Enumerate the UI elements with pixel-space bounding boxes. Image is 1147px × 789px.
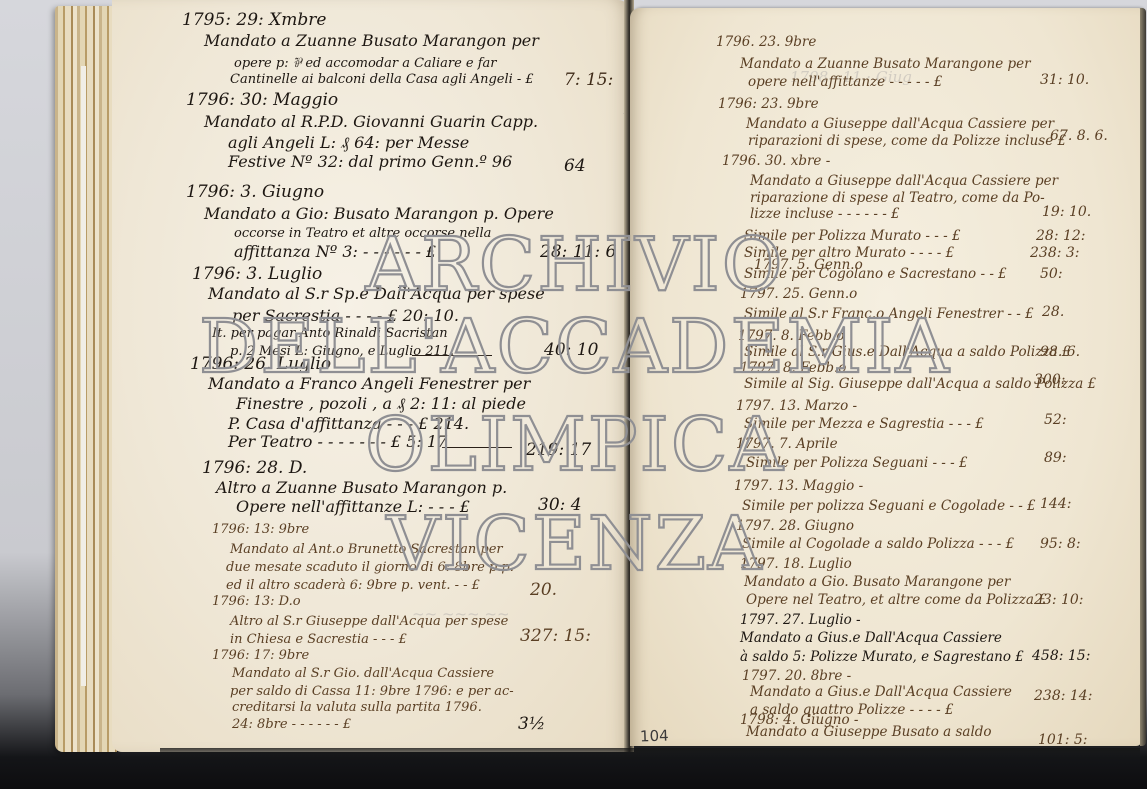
entry-amount: 101: 5: xyxy=(1038,732,1088,748)
entry-amount: 50: xyxy=(1040,266,1063,282)
entry-line: Mandato a Franco Angeli Fenestrer per xyxy=(208,374,530,393)
entry-line: opere p: ⅌ ed accomodar a Caliare e far xyxy=(234,53,497,71)
entry-line: Mandato a Giuseppe Busato a saldo xyxy=(746,724,992,740)
entry-line: Opere nel Teatro, et altre come da Poliz… xyxy=(746,592,1047,608)
entry-date: 1797. 7. Aprile xyxy=(736,436,838,452)
entry-amount: 67. 8. 6. xyxy=(1050,128,1108,144)
entry-line: occorse in Teatro et altre occorse nella xyxy=(234,226,491,241)
entry-amount: 238: 14: xyxy=(1034,688,1092,704)
entry-amount: 144: xyxy=(1040,496,1071,512)
entry-date: 1797. 25. Genn.o xyxy=(740,286,857,302)
entry-date: 1797. 27. Luglio - xyxy=(740,612,861,628)
entry-line: Simile per polizza Seguani e Cogolade - … xyxy=(742,498,1036,514)
entry-date: 1796: 13: 9bre xyxy=(212,522,309,537)
entry-line: Simile per Polizza Seguani - - - £ xyxy=(746,455,968,471)
entry-amount: 89: xyxy=(1044,450,1067,466)
entry-amount: 20. xyxy=(530,580,557,600)
entry-line: creditarsi la valuta sulla partita 1796. xyxy=(232,700,482,715)
folio-number: 104 xyxy=(640,727,669,746)
entry-line: Mandato a Gius.e Dall'Acqua Cassiere xyxy=(740,630,1002,646)
entry-line: Mandato a Gio: Busato Marangon p. Opere xyxy=(204,204,554,223)
entry-amount: 40: 10 xyxy=(544,340,598,360)
entry-line: Simile per Polizza Murato - - - £ xyxy=(744,228,961,244)
entry-line: Per Teatro - - - - - - - £ 5: 17 xyxy=(228,432,447,451)
left-page: 1796 · 1 ~~ ~~~ ~~ 1795: 29: Xmbre Manda… xyxy=(112,0,630,752)
entry-line: P. Casa d'affittanza - - - £ 214. xyxy=(228,414,469,433)
entry-line: à saldo 5: Polizze Murato, e Sagrestano … xyxy=(740,649,1024,665)
page-edge xyxy=(1140,8,1146,746)
entry-line: Simile al S.r Gius.e Dall'Acqua a saldo … xyxy=(744,344,1070,360)
entry-amount: 300: xyxy=(1034,372,1065,388)
book-scene: 1796 · 1 ~~ ~~~ ~~ 1795: 29: Xmbre Manda… xyxy=(0,0,1147,789)
entry-line: Mandato al S.r Gio. dall'Acqua Cassiere xyxy=(232,666,494,681)
entry-date: 1796: 30: Maggio xyxy=(186,90,338,110)
entry-amount: 219: 17 xyxy=(526,440,591,460)
entry-line: It. per pagar Anto Rinaldi Sacristan xyxy=(212,326,448,341)
entry-amount: 30: 4 xyxy=(538,495,582,515)
entry-amount: 28: 11: 6 xyxy=(540,242,616,262)
entry-line: Cantinelle ai balconi della Casa agli An… xyxy=(230,72,534,87)
entry-date: 1796: 13: D.o xyxy=(212,594,301,609)
entry-line: Mandato a Zuanne Busato Marangon per xyxy=(204,31,539,50)
entry-line: 24: 8bre - - - - - - £ xyxy=(232,717,351,732)
entry-line: ed il altro scaderà 6: 9bre p. vent. - -… xyxy=(226,578,480,593)
entry-line: per saldo di Cassa 11: 9bre 1796: e per … xyxy=(230,684,514,699)
entry-line: riparazioni di spese, come da Polizze in… xyxy=(748,133,1066,149)
sum-rule xyxy=(412,355,492,356)
entry-date: 1797. 28. Giugno xyxy=(736,518,854,534)
entry-date: 1796: 3. Luglio xyxy=(192,264,322,284)
entry-amount: 28: 12: xyxy=(1036,228,1086,244)
entry-date: 1796: 23. 9bre xyxy=(718,96,819,112)
entry-amount: 52: xyxy=(1044,412,1067,428)
entry-amount: 238: 3: xyxy=(1030,245,1080,261)
entry-line: Finestre , pozoli , a ₰ 2: 11: al piede xyxy=(236,394,526,414)
entry-note: 3½ xyxy=(518,714,545,734)
entry-line: Mandato al R.P.D. Giovanni Guarin Capp. xyxy=(204,112,538,131)
entry-date: 1797. 13. Maggio - xyxy=(734,478,863,494)
entry-line: Mandato a Giuseppe dall'Acqua Cassiere p… xyxy=(750,173,1058,189)
entry-amount: 327: 15: xyxy=(520,626,591,646)
entry-amount: 28. xyxy=(1042,304,1064,320)
page-edge-sliver xyxy=(81,66,86,686)
entry-line: Mandato a Gio. Busato Marangone per xyxy=(744,574,1010,590)
entry-line: Simile al S.r Franc.o Angeli Fenestrer -… xyxy=(744,306,1034,322)
entry-date: 1795: 29: Xmbre xyxy=(182,10,326,30)
entry-amount: 31: 10. xyxy=(1040,72,1089,88)
page-edges xyxy=(55,6,117,752)
entry-line: Altro a Zuanne Busato Marangon p. xyxy=(216,478,507,497)
entry-date: 1796: 26. Luglio xyxy=(190,354,331,374)
entry-date: 1796. 30. xbre - xyxy=(722,153,830,169)
entry-line: affittanza Nº 3: - - - - - - £ xyxy=(234,242,436,261)
entry-date: 1797. 20. 8bre - xyxy=(742,668,851,684)
entry-line: riparazione di spese al Teatro, come da … xyxy=(750,190,1045,206)
entry-line: Mandato al S.r Sp.e Dall'Acqua per spese xyxy=(208,284,545,303)
book-shadow xyxy=(160,748,1140,762)
entry-line: Altro al S.r Giuseppe dall'Acqua per spe… xyxy=(230,614,508,629)
entry-amount: 458: 15: xyxy=(1032,648,1090,664)
entry-amount: 95: 8: xyxy=(1040,536,1081,552)
entry-line: lizze incluse - - - - - - £ xyxy=(750,206,900,222)
entry-date: 1796: 3. Giugno xyxy=(186,182,324,202)
entry-amount: 98. 6. xyxy=(1040,344,1080,360)
entry-date: 1796: 17: 9bre xyxy=(212,648,309,663)
entry-line: Mandato a Zuanne Busato Marangone per xyxy=(740,56,1031,72)
entry-line: in Chiesa e Sacrestia - - - £ xyxy=(230,632,407,647)
entry-line: Mandato al Ant.o Brunetto Sacrestan per xyxy=(230,542,503,557)
entry-amount: 64 xyxy=(564,156,586,176)
entry-line: Simile per Mezza e Sagrestia - - - £ xyxy=(744,416,984,432)
entry-line: Simile al Cogolade a saldo Polizza - - -… xyxy=(742,536,1014,552)
entry-line: agli Angeli L: ₰ 64: per Messe xyxy=(228,133,469,153)
entry-date: 1796. 23. 9bre xyxy=(716,34,816,50)
entry-line: Festive Nº 32: dal primo Genn.º 96 xyxy=(228,152,512,171)
entry-line: opere nell'affittanze - - - - - £ xyxy=(748,74,942,90)
entry-amount: 23: 10: xyxy=(1034,592,1084,608)
entry-line: per Sacrestia - - - - £ 20: 10. xyxy=(232,306,459,325)
entry-line: Mandato a Gius.e Dall'Acqua Cassiere xyxy=(750,684,1012,700)
entry-amount: 7: 15: xyxy=(564,70,613,90)
entry-date: 1797. 13. Marzo - xyxy=(736,398,857,414)
entry-line: due mesate scaduto il giorno di 6: 8bre … xyxy=(226,560,514,575)
entry-line: Simile per Cogolano e Sacrestano - - £ xyxy=(744,266,1007,282)
entry-date: 1797. 8. Febb.o xyxy=(738,328,844,344)
entry-date: 1796: 28. D. xyxy=(202,458,307,478)
right-page: 1798 · 11 · Giug 1796. 23. 9bre Mandato … xyxy=(630,8,1142,746)
entry-date: 1797. 8. Febb.o xyxy=(740,360,846,376)
entry-date: 1797. 18. Luglio xyxy=(740,556,852,572)
entry-amount: 19: 10. xyxy=(1042,204,1091,220)
sum-rule xyxy=(442,447,512,448)
entry-line: Opere nell'affittanze L: - - - £ xyxy=(236,497,470,516)
entry-line: Mandato a Giuseppe dall'Acqua Cassiere p… xyxy=(746,116,1054,132)
